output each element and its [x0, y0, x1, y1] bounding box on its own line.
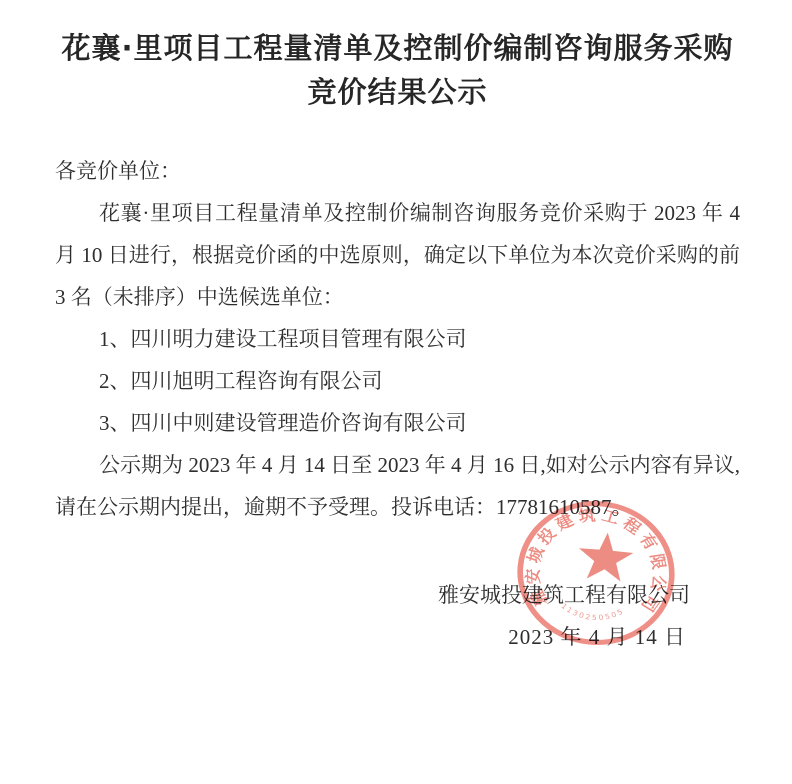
paragraph-line: 花襄·里项目工程量清单及控制价编制咨询服务竞价采购于 2023 年 4 [55, 192, 740, 234]
document-body: 各竞价单位： 花襄·里项目工程量清单及控制价编制咨询服务竞价采购于 2023 年… [55, 150, 740, 528]
paragraph-line: 月 10 日进行，根据竞价函的中选原则，确定以下单位为本次竞价采购的前 [55, 234, 740, 276]
paragraph-line: 请在公示期内提出，逾期不予受理。投诉电话：17781610587。 [55, 486, 740, 528]
paragraph-bid-result: 花襄·里项目工程量清单及控制价编制咨询服务竞价采购于 2023 年 4 月 10… [55, 192, 740, 318]
signature-date: 2023 年 4 月 14 日 [55, 616, 740, 658]
paragraph-publicity-period: 公示期为 2023 年 4 月 14 日至 2023 年 4 月 16 日,如对… [55, 444, 740, 528]
list-item-winner-3: 3、四川中则建设管理造价咨询有限公司 [55, 402, 740, 444]
signature-block: 雅安城投建筑工程有限公司 2023 年 4 月 14 日 [55, 574, 740, 658]
title-line-1: 花襄·里项目工程量清单及控制价编制咨询服务采购 [55, 26, 740, 70]
page-title: 花襄·里项目工程量清单及控制价编制咨询服务采购 竞价结果公示 [55, 26, 740, 114]
signature-company: 雅安城投建筑工程有限公司 [55, 574, 740, 616]
list-item-winner-2: 2、四川旭明工程咨询有限公司 [55, 360, 740, 402]
winner-list: 1、四川明力建设工程项目管理有限公司 2、四川旭明工程咨询有限公司 3、四川中则… [55, 318, 740, 444]
announcement-document: 花襄·里项目工程量清单及控制价编制咨询服务采购 竞价结果公示 各竞价单位： 花襄… [0, 0, 792, 784]
title-line-2: 竞价结果公示 [55, 70, 740, 114]
list-item-winner-1: 1、四川明力建设工程项目管理有限公司 [55, 318, 740, 360]
salutation: 各竞价单位： [55, 150, 740, 192]
paragraph-line: 3 名（未排序）中选候选单位： [55, 276, 740, 318]
paragraph-line: 公示期为 2023 年 4 月 14 日至 2023 年 4 月 16 日,如对… [55, 444, 740, 486]
